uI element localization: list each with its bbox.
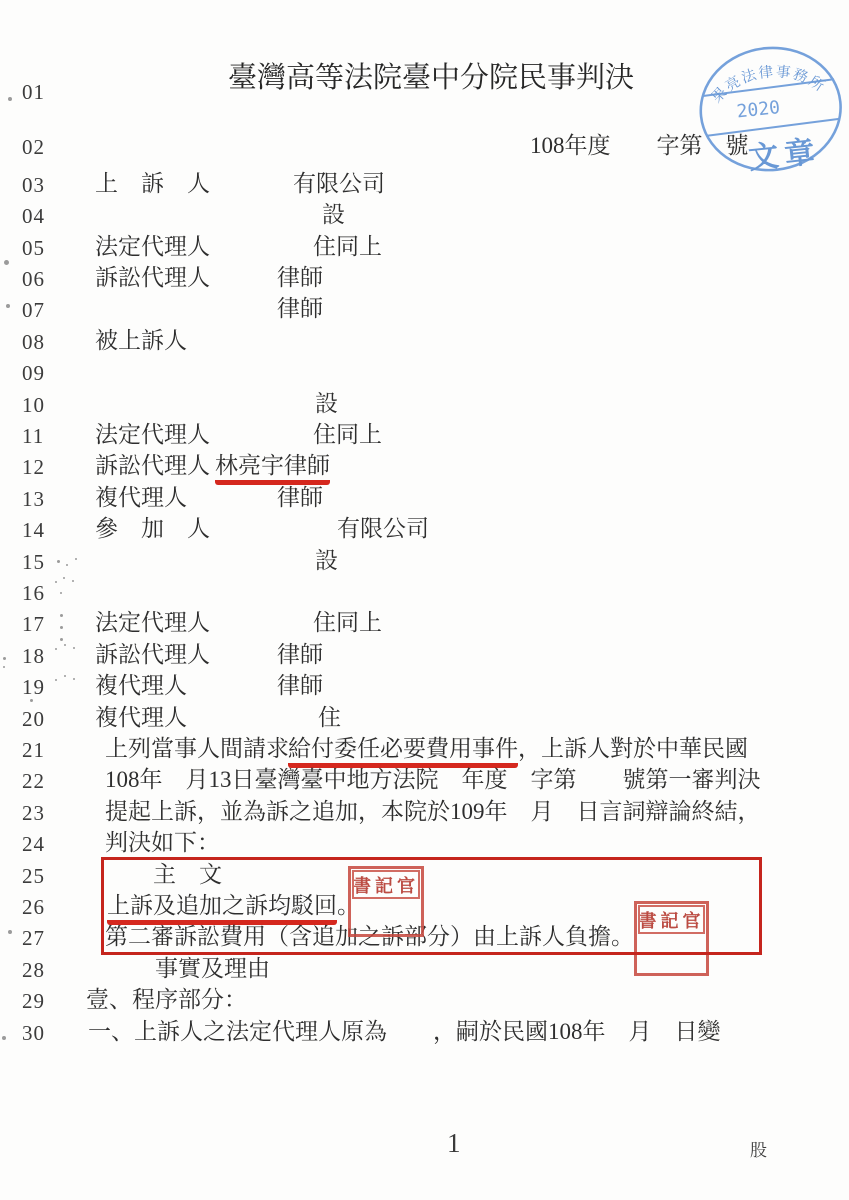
- line-text: 律師: [277, 673, 323, 699]
- clerk-stamp-label: 書記官: [638, 905, 705, 934]
- doc-line: 22108年 月13日臺灣臺中地方法院 年度 字第 號第一審判決: [0, 767, 849, 797]
- line-number: 05: [22, 236, 45, 261]
- scan-artifact: [66, 564, 68, 566]
- line-number: 23: [22, 801, 45, 826]
- line-text: 複代理人: [95, 485, 187, 511]
- line-text: 訴訟代理人: [95, 453, 210, 479]
- doc-line: 30一、上訴人之法定代理人原為 ，嗣於民國108年 月 日變: [0, 1019, 849, 1049]
- division-label: 股: [750, 1136, 767, 1161]
- scan-artifact: [60, 592, 62, 594]
- line-text: 法定代理人: [95, 234, 210, 260]
- doc-line: 16: [0, 579, 849, 609]
- line-text: 律師: [277, 485, 323, 511]
- line-number: 17: [22, 612, 45, 637]
- doc-line: 29壹、程序部分：: [0, 987, 849, 1017]
- doc-line: 10設: [0, 391, 849, 421]
- doc-line: 07律師: [0, 296, 849, 326]
- line-number: 02: [22, 135, 45, 160]
- scan-artifact: [3, 657, 6, 660]
- line-text: 判決如下：: [105, 830, 220, 856]
- doc-line: 15設: [0, 548, 849, 578]
- line-text: 訴訟代理人: [95, 642, 210, 668]
- scan-artifact: [30, 699, 33, 702]
- line-number: 15: [22, 550, 45, 575]
- page-number: 1: [447, 1128, 461, 1159]
- doc-line: 12訴訟代理人林亮宇律師: [0, 453, 849, 483]
- scan-artifact: [57, 560, 60, 563]
- line-text: 律師: [277, 265, 323, 291]
- line-text: 林亮宇律師: [215, 453, 330, 485]
- doc-line: 09: [0, 359, 849, 389]
- doc-line: 08被上訴人: [0, 328, 849, 358]
- line-number: 18: [22, 644, 45, 669]
- scan-artifact: [63, 577, 65, 579]
- doc-line: 20複代理人住: [0, 705, 849, 735]
- line-text: 事實及理由: [155, 956, 270, 982]
- line-text: 住同上: [313, 422, 382, 448]
- line-number: 30: [22, 1021, 45, 1046]
- line-number: 25: [22, 864, 45, 889]
- stamp-bottom-text: 文章: [747, 134, 822, 175]
- line-number: 09: [22, 361, 45, 386]
- scan-artifact: [72, 580, 74, 582]
- doc-line: 27第二審訴訟費用（含追加之訴部分）由上訴人負擔。: [0, 924, 849, 954]
- scan-artifact: [60, 614, 63, 617]
- doc-line: 04設: [0, 202, 849, 232]
- line-number: 06: [22, 267, 45, 292]
- doc-line: 28事實及理由: [0, 956, 849, 986]
- doc-line: 23提起上訴，並為訴之追加，本院於109年 月 日言詞辯論終結，: [0, 799, 849, 829]
- line-text: 108年 月13日臺灣臺中地方法院 年度 字第 號第一審判決: [105, 767, 761, 793]
- scan-artifact: [64, 644, 66, 646]
- line-number: 28: [22, 958, 45, 983]
- scan-artifact: [55, 581, 57, 583]
- doc-line: 21上列當事人間請求給付委任必要費用事件，上訴人對於中華民國: [0, 736, 849, 766]
- line-number: 03: [22, 173, 45, 198]
- line-text: 律師: [277, 296, 323, 322]
- line-text: 上 訴 人: [95, 171, 210, 197]
- line-text: 設: [315, 391, 338, 417]
- line-number: 01: [22, 80, 45, 105]
- scan-artifact: [55, 679, 57, 681]
- line-number: 12: [22, 455, 45, 480]
- line-text: 設: [315, 548, 338, 574]
- document-title: 臺灣高等法院臺中分院民事判決: [228, 62, 634, 94]
- line-number: 04: [22, 204, 45, 229]
- court-judgment-page: 01臺灣高等法院臺中分院民事判決02108年度 字第 號03上 訴 人有限公司0…: [0, 0, 849, 1200]
- scan-artifact: [8, 97, 12, 101]
- line-text: ，上訴人對於中華民國: [518, 736, 748, 762]
- doc-line: 19複代理人律師: [0, 673, 849, 703]
- line-text: 主 文: [153, 862, 222, 888]
- line-text: 複代理人: [95, 673, 187, 699]
- doc-line: 25主 文: [0, 862, 849, 892]
- line-text: 住同上: [313, 234, 382, 260]
- line-text: 律師: [277, 642, 323, 668]
- law-firm-round-stamp: 果亮法律事務所 2020 文章: [687, 34, 849, 189]
- line-number: 20: [22, 707, 45, 732]
- doc-line: 05法定代理人住同上: [0, 234, 849, 264]
- line-number: 16: [22, 581, 45, 606]
- line-number: 11: [22, 424, 44, 449]
- doc-line: 17法定代理人住同上: [0, 610, 849, 640]
- line-text: 訴訟代理人: [95, 265, 210, 291]
- stamp-year: 2020: [736, 97, 781, 122]
- line-number: 13: [22, 487, 45, 512]
- line-text: 設: [322, 202, 345, 228]
- scan-artifact: [73, 678, 75, 680]
- line-text: 被上訴人: [95, 328, 187, 354]
- line-number: 26: [22, 895, 45, 920]
- clerk-stamp-left: 書記官: [348, 866, 424, 937]
- line-text: 複代理人: [95, 705, 187, 731]
- line-text: 有限公司: [337, 516, 429, 542]
- doc-line: 24判決如下：: [0, 830, 849, 860]
- doc-line: 11法定代理人住同上: [0, 422, 849, 452]
- scan-artifact: [60, 626, 63, 629]
- line-text: 上列當事人間請求: [105, 736, 289, 762]
- line-text: 壹、程序部分：: [86, 987, 247, 1013]
- line-text: 法定代理人: [95, 422, 210, 448]
- scan-artifact: [75, 558, 77, 560]
- scan-artifact: [73, 647, 75, 649]
- line-number: 22: [22, 769, 45, 794]
- doc-line: 26上訴及追加之訴均駁回。: [0, 893, 849, 923]
- line-number: 10: [22, 393, 45, 418]
- scan-artifact: [55, 648, 57, 650]
- line-text: 一、上訴人之法定代理人原為 ，嗣於民國108年 月 日變: [88, 1019, 721, 1045]
- line-text: 有限公司: [293, 171, 385, 197]
- line-number: 19: [22, 675, 45, 700]
- scan-artifact: [6, 304, 10, 308]
- doc-line: 06訴訟代理人律師: [0, 265, 849, 295]
- line-number: 08: [22, 330, 45, 355]
- line-text: 提起上訴，並為訴之追加，本院於109年 月 日言詞辯論終結，: [105, 799, 761, 825]
- doc-line: 14參 加 人有限公司: [0, 516, 849, 546]
- clerk-stamp-right: 書記官: [634, 901, 709, 976]
- doc-line: 13複代理人律師: [0, 485, 849, 515]
- line-number: 29: [22, 989, 45, 1014]
- line-text: 住: [318, 705, 341, 731]
- clerk-stamp-label: 書記官: [352, 870, 420, 899]
- scan-artifact: [8, 930, 12, 934]
- line-text: 參 加 人: [95, 516, 210, 542]
- line-number: 24: [22, 832, 45, 857]
- scan-artifact: [60, 638, 63, 641]
- line-text: 住同上: [313, 610, 382, 636]
- scan-artifact: [3, 666, 5, 668]
- doc-line: 18訴訟代理人律師: [0, 642, 849, 672]
- line-text: 法定代理人: [95, 610, 210, 636]
- stamp-band-bottom-line: [706, 119, 840, 136]
- scan-artifact: [64, 675, 66, 677]
- line-text: 給付委任必要費用事件: [288, 736, 518, 768]
- line-number: 07: [22, 298, 45, 323]
- line-number: 21: [22, 738, 45, 763]
- scan-artifact: [2, 1036, 6, 1040]
- line-number: 14: [22, 518, 45, 543]
- scan-artifact: [4, 260, 9, 265]
- line-number: 27: [22, 926, 45, 951]
- line-text: 上訴及追加之訴均駁回: [107, 893, 337, 925]
